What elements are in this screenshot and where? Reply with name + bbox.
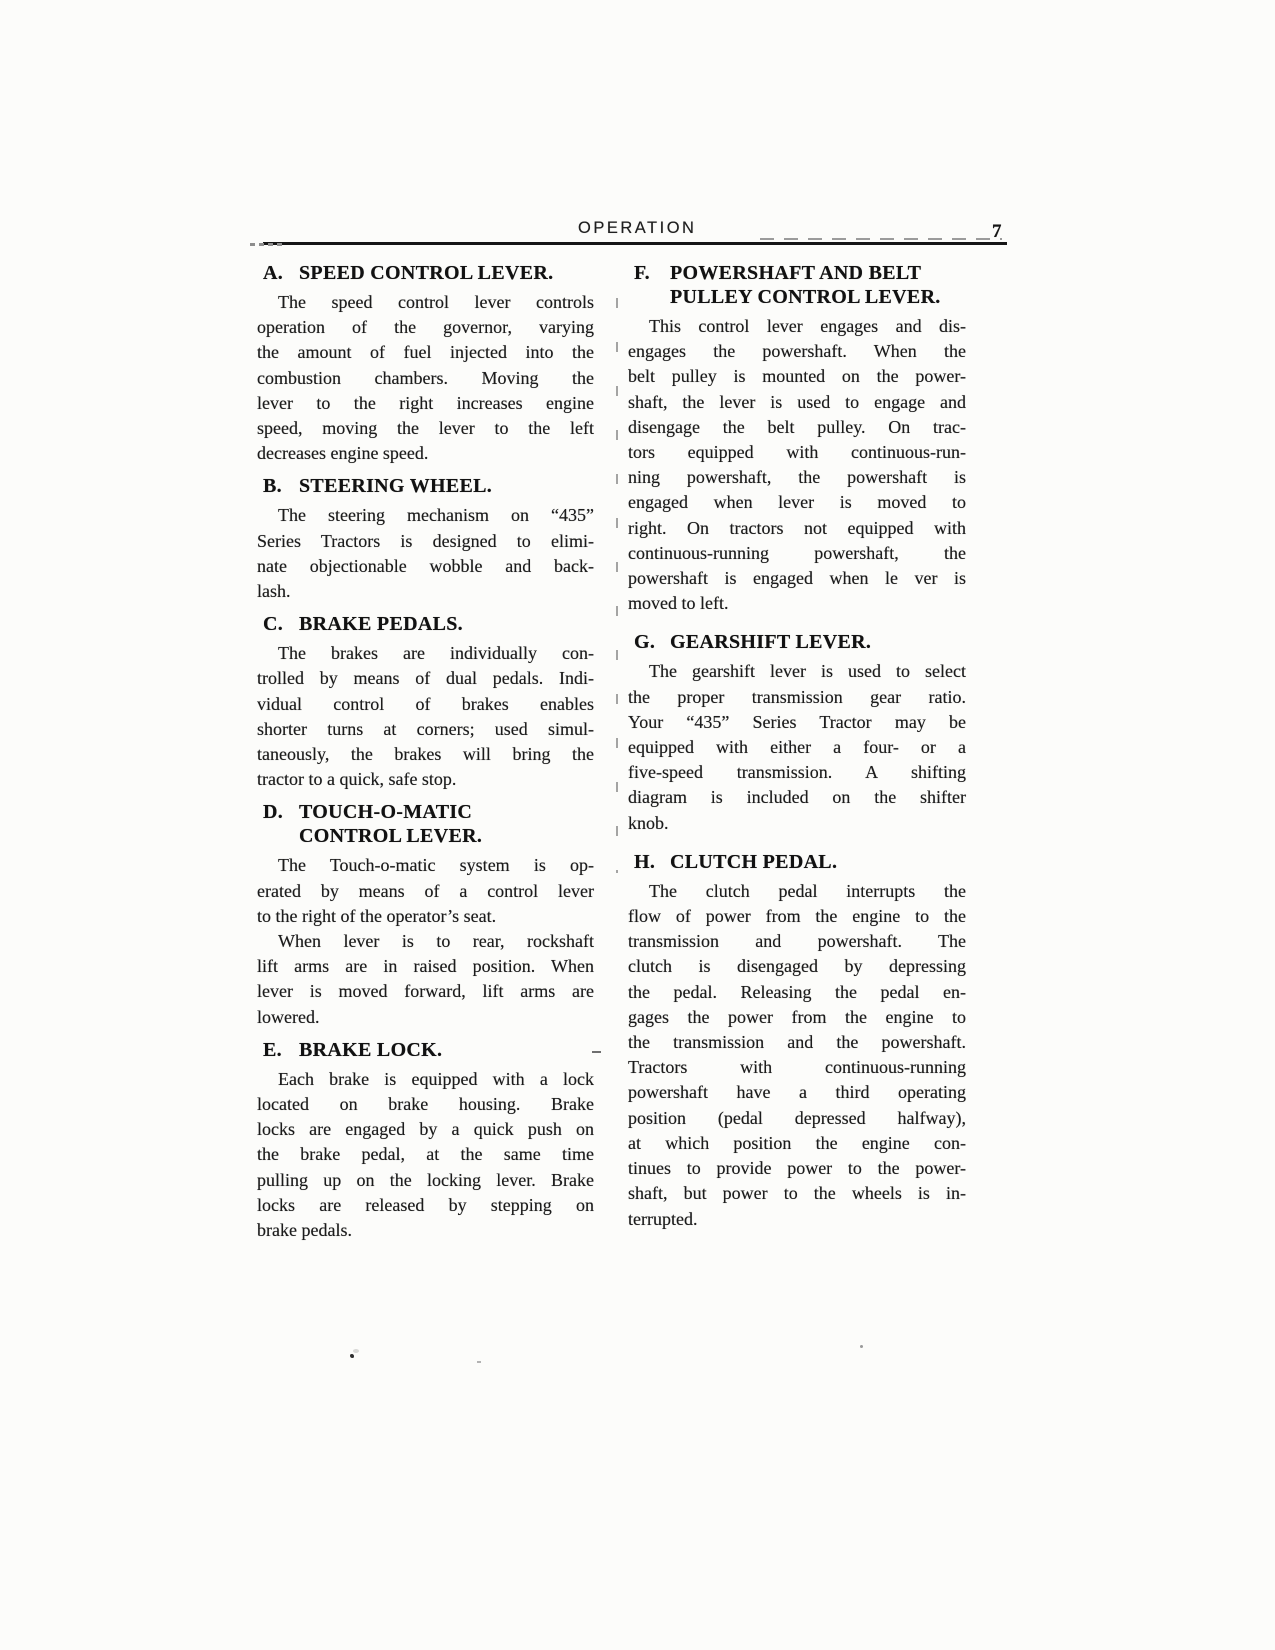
- paragraph: The brakes are individually con-trolled …: [257, 641, 594, 792]
- ink-speck: [860, 1345, 863, 1348]
- gutter-scan-marks: [616, 298, 618, 873]
- section-title: STEERING WHEEL.: [299, 474, 594, 498]
- two-column-text-block: A.SPEED CONTROL LEVER.The speed control …: [257, 261, 966, 1243]
- section-title-line: PULLEY CONTROL LEVER.: [670, 285, 966, 309]
- section-heading: E.BRAKE LOCK.: [257, 1038, 594, 1062]
- section-heading: F.POWERSHAFT AND BELTPULLEY CONTROL LEVE…: [628, 261, 966, 309]
- text-line: shaft, the lever is used to engage and: [628, 390, 966, 415]
- text-line: diagram is included on the shifter: [628, 785, 966, 810]
- text-line: the brake pedal, at the same time: [257, 1142, 594, 1167]
- paragraph: This control lever engages and dis-engag…: [628, 314, 966, 616]
- manual-page: OPERATION 7 A.SPEED CONTROL LEVER.The sp…: [0, 0, 1275, 1650]
- text-line: transmission and powershaft. The: [628, 929, 966, 954]
- section-title-line: TOUCH-O-MATIC: [299, 800, 594, 824]
- section-title-line: CONTROL LEVER.: [299, 824, 594, 848]
- text-line: trolled by means of dual pedals. Indi-: [257, 666, 594, 691]
- text-line: The speed control lever controls: [257, 290, 594, 315]
- section-title-line: BRAKE LOCK.: [299, 1038, 594, 1062]
- text-line: flow of power from the engine to the: [628, 904, 966, 929]
- paragraph: The speed control lever controlsoperatio…: [257, 290, 594, 466]
- text-line: the amount of fuel injected into the: [257, 340, 594, 365]
- text-line: moved to left.: [628, 591, 966, 616]
- section-title-line: SPEED CONTROL LEVER.: [299, 261, 594, 285]
- text-line: shaft, but power to the wheels is in-: [628, 1181, 966, 1206]
- text-line: at which position the engine con-: [628, 1131, 966, 1156]
- text-line: lift arms are in raised position. When: [257, 954, 594, 979]
- text-line: engaged when lever is moved to: [628, 490, 966, 515]
- text-line: equipped with either a four- or a: [628, 735, 966, 760]
- section-heading: H.CLUTCH PEDAL.: [628, 850, 966, 874]
- text-line: terrupted.: [628, 1207, 966, 1232]
- ink-speck: [477, 1361, 481, 1363]
- text-line: locks are engaged by a quick push on: [257, 1117, 594, 1142]
- paragraph: When lever is to rear, rockshaftlift arm…: [257, 929, 594, 1030]
- text-line: continuous-running powershaft, the: [628, 541, 966, 566]
- text-line: tractor to a quick, safe stop.: [257, 767, 594, 792]
- ink-speck: [592, 1051, 601, 1053]
- text-line: tors equipped with continuous-run-: [628, 440, 966, 465]
- text-line: lowered.: [257, 1005, 594, 1030]
- section-heading: G.GEARSHIFT LEVER.: [628, 630, 966, 654]
- text-line: The gearshift lever is used to select: [628, 659, 966, 684]
- text-line: Your “435” Series Tractor may be: [628, 710, 966, 735]
- section-letter: D.: [257, 800, 299, 848]
- text-line: disengage the belt pulley. On trac-: [628, 415, 966, 440]
- text-line: speed, moving the lever to the left: [257, 416, 594, 441]
- text-line: nate objectionable wobble and back-: [257, 554, 594, 579]
- text-line: The steering mechanism on “435”: [257, 503, 594, 528]
- section-letter: G.: [628, 630, 670, 654]
- text-line: powershaft have a third operating: [628, 1080, 966, 1105]
- section-a: A.SPEED CONTROL LEVER.The speed control …: [257, 261, 594, 466]
- text-line: locks are released by stepping on: [257, 1193, 594, 1218]
- paragraph: The gearshift lever is used to selectthe…: [628, 659, 966, 835]
- section-d: D.TOUCH-O-MATICCONTROL LEVER.The Touch-o…: [257, 800, 594, 1029]
- text-line: position (pedal depressed halfway),: [628, 1106, 966, 1131]
- ink-speck: [350, 1354, 354, 1358]
- text-line: tinues to provide power to the power-: [628, 1156, 966, 1181]
- section-heading: D.TOUCH-O-MATICCONTROL LEVER.: [257, 800, 594, 848]
- text-line: The brakes are individually con-: [257, 641, 594, 666]
- text-line: Each brake is equipped with a lock: [257, 1067, 594, 1092]
- section-letter: C.: [257, 612, 299, 636]
- section-heading: A.SPEED CONTROL LEVER.: [257, 261, 594, 285]
- section-title: BRAKE LOCK.: [299, 1038, 594, 1062]
- section-title-line: GEARSHIFT LEVER.: [670, 630, 966, 654]
- section-letter: H.: [628, 850, 670, 874]
- text-line: knob.: [628, 811, 966, 836]
- section-title-line: POWERSHAFT AND BELT: [670, 261, 966, 285]
- text-line: belt pulley is mounted on the power-: [628, 364, 966, 389]
- text-line: erated by means of a control lever: [257, 879, 594, 904]
- section-title-line: STEERING WHEEL.: [299, 474, 594, 498]
- section-title-line: BRAKE PEDALS.: [299, 612, 594, 636]
- header-rule-lead-artifact: [250, 243, 282, 246]
- text-line: lash.: [257, 579, 594, 604]
- text-line: five-speed transmission. A shifting: [628, 760, 966, 785]
- paragraph: The clutch pedal interrupts theflow of p…: [628, 879, 966, 1232]
- text-line: This control lever engages and dis-: [628, 314, 966, 339]
- left-column: A.SPEED CONTROL LEVER.The speed control …: [257, 261, 594, 1243]
- section-f: F.POWERSHAFT AND BELTPULLEY CONTROL LEVE…: [628, 261, 966, 616]
- section-title: BRAKE PEDALS.: [299, 612, 594, 636]
- section-h: H.CLUTCH PEDAL.The clutch pedal interrup…: [628, 850, 966, 1232]
- text-line: the transmission and the powershaft.: [628, 1030, 966, 1055]
- text-line: combustion chambers. Moving the: [257, 366, 594, 391]
- section-letter: F.: [628, 261, 670, 309]
- text-line: right. On tractors not equipped with: [628, 516, 966, 541]
- text-line: the pedal. Releasing the pedal en-: [628, 980, 966, 1005]
- section-letter: A.: [257, 261, 299, 285]
- paragraph: The Touch-o-matic system is op-erated by…: [257, 853, 594, 929]
- header-rule: [263, 242, 1007, 245]
- text-line: located on brake housing. Brake: [257, 1092, 594, 1117]
- section-g: G.GEARSHIFT LEVER.The gearshift lever is…: [628, 630, 966, 835]
- page-header-title: OPERATION: [578, 219, 696, 238]
- text-line: brake pedals.: [257, 1218, 594, 1243]
- text-line: lever to the right increases engine: [257, 391, 594, 416]
- header-rule-fragment-artifact: [760, 238, 1002, 240]
- text-line: pulling up on the locking lever. Brake: [257, 1168, 594, 1193]
- paragraph: Each brake is equipped with a locklocate…: [257, 1067, 594, 1243]
- text-line: ning powershaft, the powershaft is: [628, 465, 966, 490]
- text-line: powershaft is engaged when le ver is: [628, 566, 966, 591]
- section-letter: B.: [257, 474, 299, 498]
- section-letter: E.: [257, 1038, 299, 1062]
- section-title: SPEED CONTROL LEVER.: [299, 261, 594, 285]
- text-line: vidual control of brakes enables: [257, 692, 594, 717]
- section-heading: B.STEERING WHEEL.: [257, 474, 594, 498]
- text-line: decreases engine speed.: [257, 441, 594, 466]
- section-b: B.STEERING WHEEL.The steering mechanism …: [257, 474, 594, 604]
- text-line: to the right of the operator’s seat.: [257, 904, 594, 929]
- section-title: TOUCH-O-MATICCONTROL LEVER.: [299, 800, 594, 848]
- text-line: lever is moved forward, lift arms are: [257, 979, 594, 1004]
- paragraph: The steering mechanism on “435”Series Tr…: [257, 503, 594, 604]
- section-c: C.BRAKE PEDALS.The brakes are individual…: [257, 612, 594, 792]
- section-heading: C.BRAKE PEDALS.: [257, 612, 594, 636]
- text-line: the proper transmission gear ratio.: [628, 685, 966, 710]
- text-line: The clutch pedal interrupts the: [628, 879, 966, 904]
- text-line: shorter turns at corners; used simul-: [257, 717, 594, 742]
- text-line: Series Tractors is designed to elimi-: [257, 529, 594, 554]
- text-line: gages the power from the engine to: [628, 1005, 966, 1030]
- section-title: POWERSHAFT AND BELTPULLEY CONTROL LEVER.: [670, 261, 966, 309]
- text-line: When lever is to rear, rockshaft: [257, 929, 594, 954]
- text-line: taneously, the brakes will bring the: [257, 742, 594, 767]
- section-title: CLUTCH PEDAL.: [670, 850, 966, 874]
- text-line: The Touch-o-matic system is op-: [257, 853, 594, 878]
- text-line: Tractors with continuous-running: [628, 1055, 966, 1080]
- text-line: engages the powershaft. When the: [628, 339, 966, 364]
- text-line: clutch is disengaged by depressing: [628, 954, 966, 979]
- section-title-line: CLUTCH PEDAL.: [670, 850, 966, 874]
- section-title: GEARSHIFT LEVER.: [670, 630, 966, 654]
- right-column: F.POWERSHAFT AND BELTPULLEY CONTROL LEVE…: [628, 261, 966, 1243]
- section-e: E.BRAKE LOCK.Each brake is equipped with…: [257, 1038, 594, 1243]
- text-line: operation of the governor, varying: [257, 315, 594, 340]
